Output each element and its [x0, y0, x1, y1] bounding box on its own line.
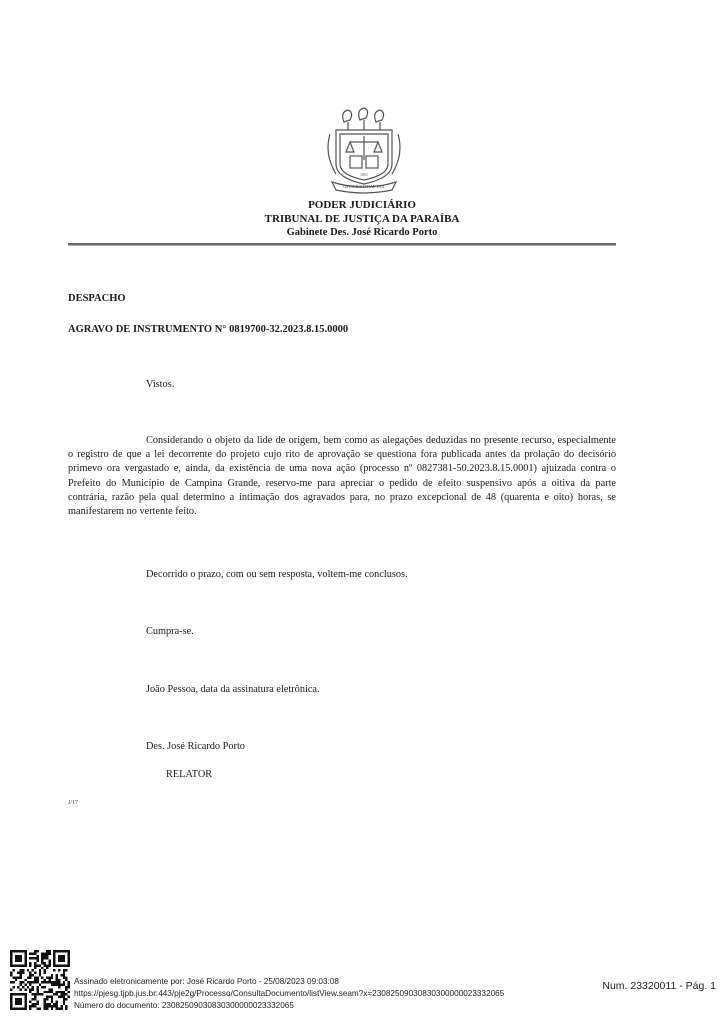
document-url[interactable]: https://pjesg.tjpb.jus.br:443/pje2g/Proc…	[74, 988, 504, 999]
signer-name: Des. José Ricardo Porto	[146, 740, 245, 754]
paragraph-line: manifestarem no vertente feito.	[68, 505, 616, 519]
document-type: DESPACHO	[68, 293, 126, 304]
signer-role: RELATOR	[166, 768, 212, 782]
document-ref: J/17	[68, 800, 78, 806]
header-line-tribunal: TRIBUNAL DE JUSTIÇA DA PARAÍBA	[0, 212, 724, 226]
opening-text: Vistos.	[146, 378, 174, 392]
qr-code-icon	[10, 950, 70, 1010]
signature-info: Assinado eletronicamente por: José Ricar…	[74, 976, 339, 987]
paragraph-line: primevo ora vergastado e, ainda, da exis…	[68, 462, 616, 476]
paragraph-line: contrária, razão pela qual determino a i…	[68, 491, 616, 505]
paragraph-line: Considerando o objeto da lide de origem,…	[68, 434, 616, 448]
svg-text:1891: 1891	[360, 172, 368, 177]
header-divider	[68, 243, 616, 246]
paragraph-deadline: Decorrido o prazo, com ou sem resposta, …	[146, 568, 408, 582]
main-paragraph: Considerando o objeto da lide de origem,…	[68, 434, 616, 519]
svg-text:OPUS JUSTITIAE PAX: OPUS JUSTITIAE PAX	[343, 184, 384, 189]
header-line-cabinet: Gabinete Des. José Ricardo Porto	[0, 226, 724, 240]
coat-of-arms-icon: 1891 OPUS JUSTITIAE PAX	[314, 104, 414, 196]
place-date: João Pessoa, data da assinatura eletrôni…	[146, 683, 320, 697]
page-number: Num. 23320011 - Pág. 1	[602, 980, 716, 992]
paragraph-line: Prefeito do Município de Campina Grande,…	[68, 477, 616, 491]
paragraph-comply: Cumpra-se.	[146, 625, 194, 639]
header-line-judiciary: PODER JUDICIÁRIO	[0, 198, 724, 212]
paragraph-line: o registro de que a lei decorrente do pr…	[68, 448, 616, 462]
document-number: Número do documento: 2308250903083030000…	[74, 1000, 294, 1011]
case-number: AGRAVO DE INSTRUMENTO N° 0819700-32.2023…	[68, 324, 348, 335]
